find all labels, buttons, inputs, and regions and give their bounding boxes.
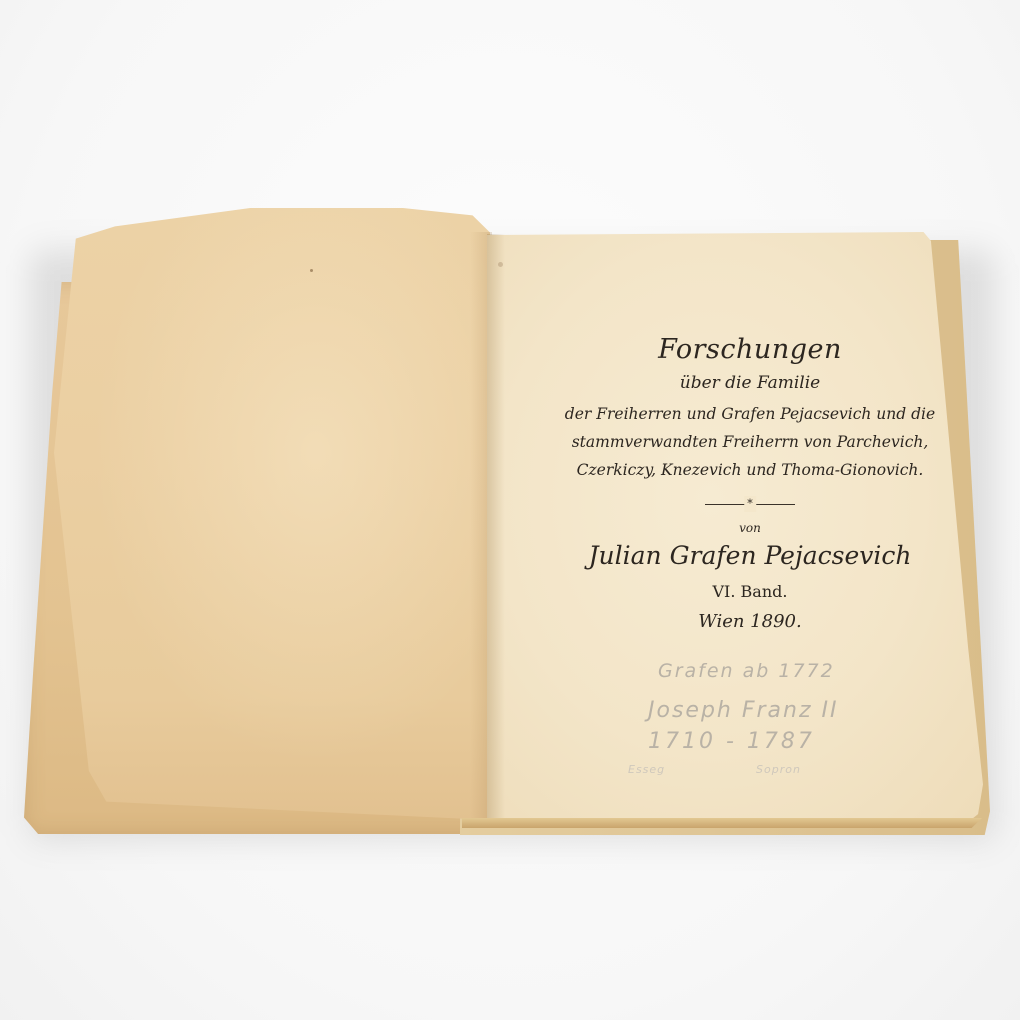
place-year: Wien 1890. bbox=[545, 611, 955, 632]
ornament-divider: * bbox=[705, 499, 795, 509]
book-subtitle: über die Familie bbox=[545, 373, 955, 393]
volume-label: VI. Band. bbox=[545, 582, 955, 601]
blank-left-page bbox=[54, 208, 490, 820]
pencil-note-line-1: Grafen ab 1772 bbox=[658, 660, 835, 682]
pencil-note-line-3: 1710 - 1787 bbox=[648, 729, 815, 754]
author-name: Julian Grafen Pejacsevich bbox=[545, 541, 955, 570]
photo-scene: Forschungen über die Familie der Freiher… bbox=[0, 0, 1020, 1020]
title-line-3: Czerkiczy, Knezevich und Thoma-Gionovich… bbox=[545, 461, 955, 479]
book-title: Forschungen bbox=[545, 334, 955, 365]
by-label: von bbox=[545, 521, 955, 535]
title-line-2: stammverwandten Freiherrn von Parchevich… bbox=[545, 433, 955, 451]
page-stack-bottom-edge bbox=[462, 818, 982, 828]
title-text-block: Forschungen über die Familie der Freiher… bbox=[545, 330, 955, 632]
gutter-shade bbox=[487, 234, 505, 826]
asterisk-ornament-icon: * bbox=[744, 496, 756, 512]
pencil-note-line-2: Joseph Franz II bbox=[648, 698, 839, 723]
pencil-note-sopron: Sopron bbox=[756, 763, 801, 776]
pencil-note-esseg: Esseg bbox=[628, 763, 665, 776]
title-line-1: der Freiherren und Grafen Pejacsevich un… bbox=[545, 405, 955, 423]
paper-foxing bbox=[498, 262, 503, 267]
paper-speck bbox=[310, 269, 313, 272]
